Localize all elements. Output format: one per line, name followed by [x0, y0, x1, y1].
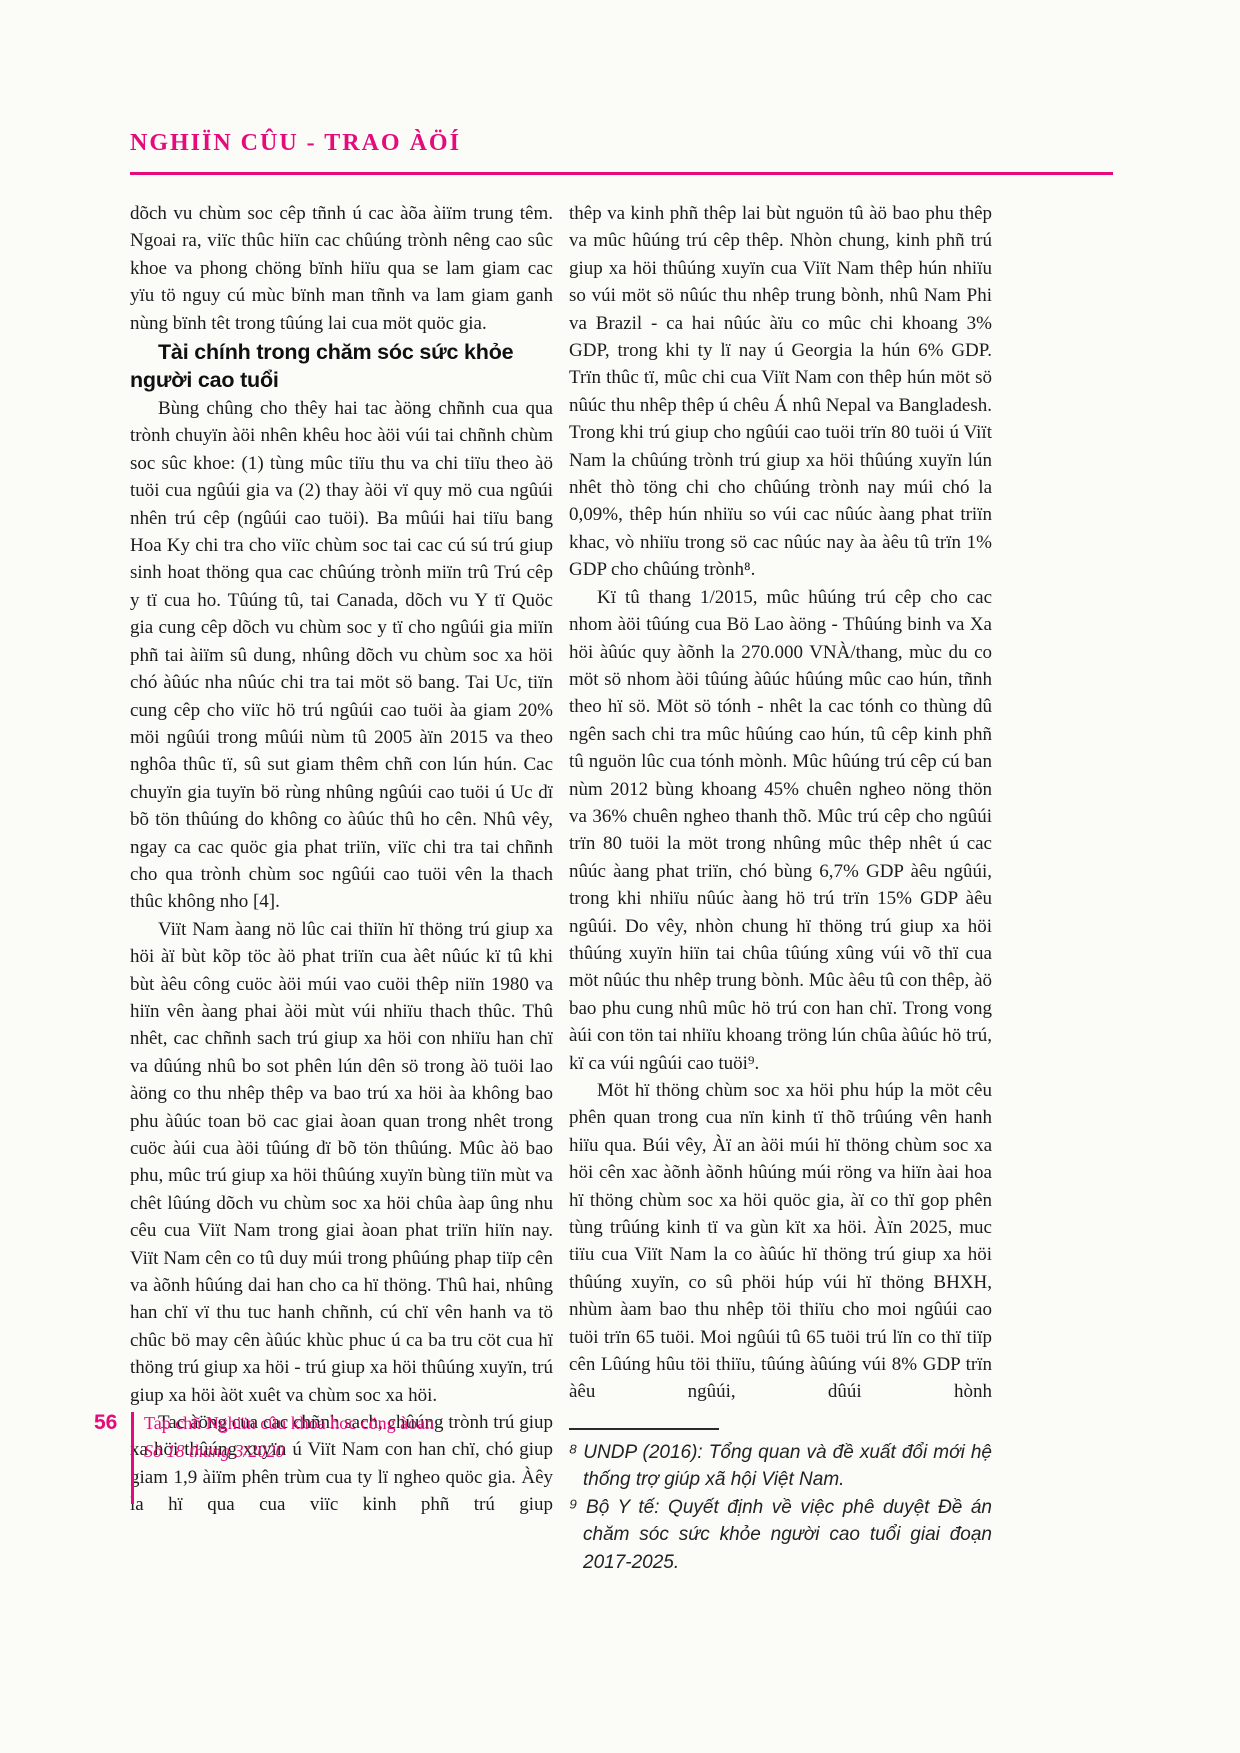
paragraph-vietnam-reform: Viït Nam àang nö lûc cai thiïn hï thöng …	[130, 916, 553, 1409]
footnotes-block: ⁸ UNDP (2016): Tổng quan và đề xuất đổi …	[569, 1428, 992, 1576]
header-rule	[130, 172, 1113, 175]
footnote-9: ⁹ Bộ Y tế: Quyết định về việc phê duyệt …	[569, 1494, 992, 1576]
journal-page: NGHIÏN CÛU - TRAO ÀÖÍ dõch vu chùm soc c…	[0, 0, 1240, 1753]
footnote-separator	[569, 1428, 719, 1430]
article-body: dõch vu chùm soc cêp tñnh ú cac àõa àiïm…	[130, 200, 992, 1576]
footer-divider	[131, 1412, 134, 1504]
footnote-8: ⁸ UNDP (2016): Tổng quan và đề xuất đổi …	[569, 1439, 992, 1494]
right-column: thêp va kinh phñ thêp lai bùt nguön tû à…	[569, 200, 992, 1576]
paragraph-social-care-system: Möt hï thöng chùm soc xa höi phu húp la …	[569, 1077, 992, 1406]
page-number: 56	[94, 1411, 117, 1435]
paragraph-spending-comparison: thêp va kinh phñ thêp lai bùt nguön tû à…	[569, 200, 992, 584]
paragraph-continuation: dõch vu chùm soc cêp tñnh ú cac àõa àiïm…	[130, 200, 553, 337]
paragraph-evidence: Bùng chûng cho thêy hai tac àöng chñnh c…	[130, 395, 553, 916]
paragraph-allowance-levels: Kï tû thang 1/2015, mûc hûúng trú cêp ch…	[569, 584, 992, 1077]
section-heading: Tài chính trong chăm sóc sức khỏe người …	[130, 338, 553, 394]
footer-journal-name: Tap chñ Nghiïn cûu khoa hoc cöng àoan	[144, 1413, 434, 1434]
footer-issue-info: Sö 18 thang 3/2020	[144, 1441, 285, 1462]
left-column: dõch vu chùm soc cêp tñnh ú cac àõa àiïm…	[130, 200, 553, 1576]
section-banner: NGHIÏN CÛU - TRAO ÀÖÍ	[130, 130, 461, 157]
